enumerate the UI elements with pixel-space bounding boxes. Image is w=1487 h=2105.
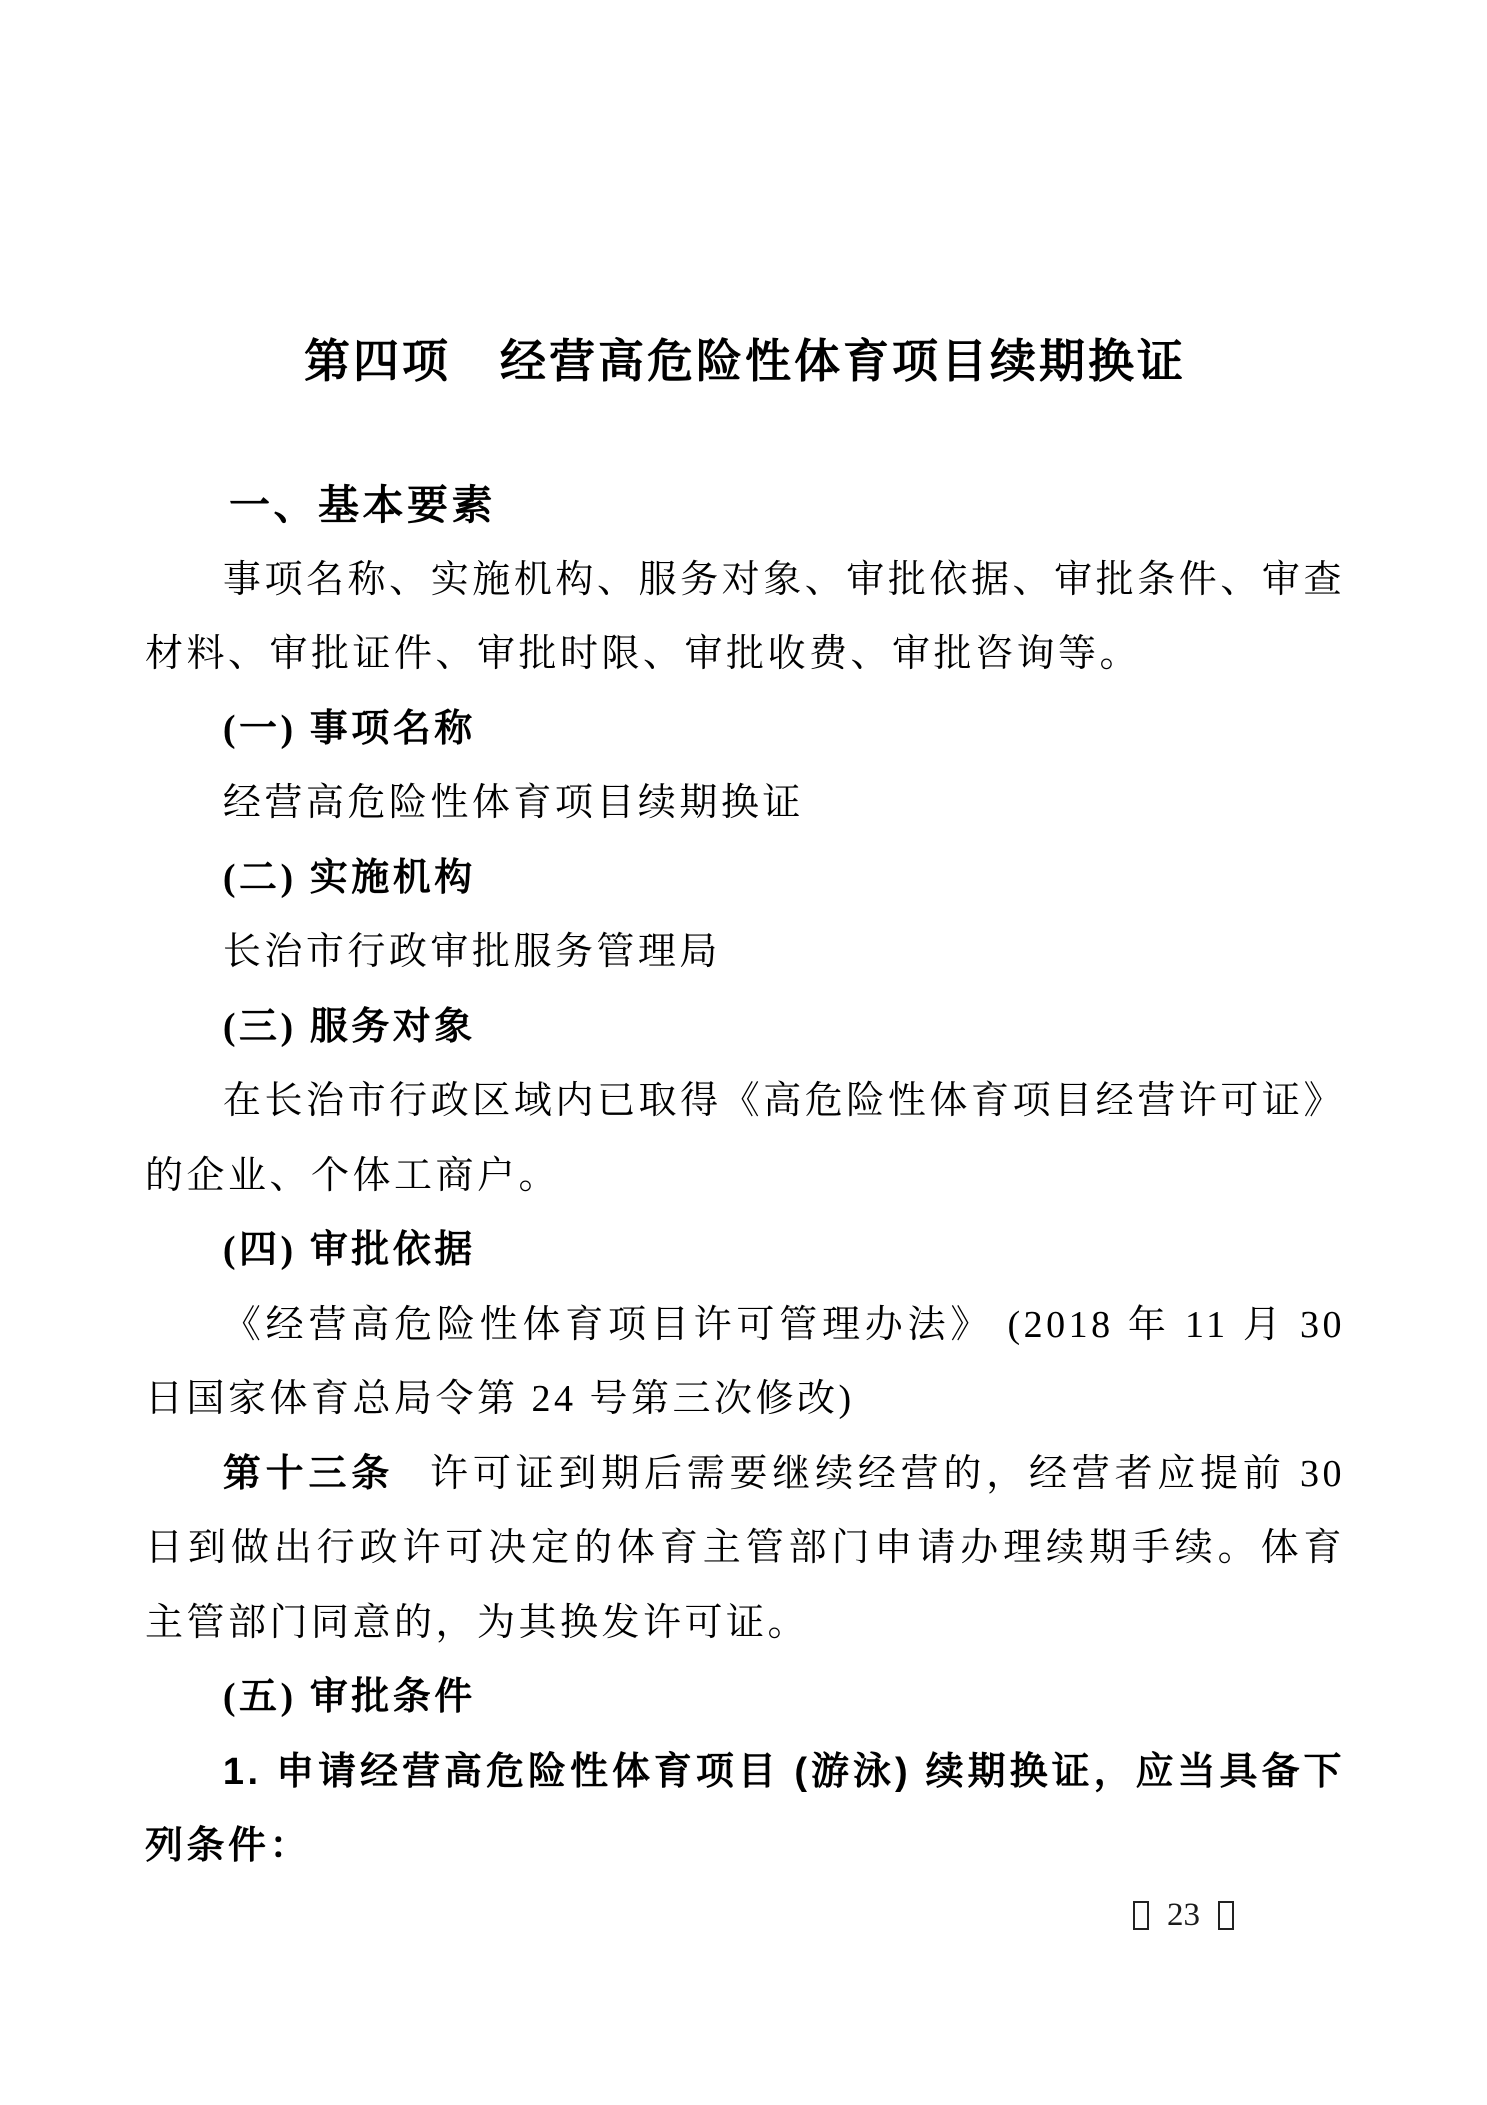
page-footer: 23 — [1133, 1899, 1234, 1932]
article-13-label: 第十三条 — [223, 1453, 394, 1495]
paragraph-article-13: 第十三条许可证到期后需要继续经营的，经营者应提前 30 日到做出行政许可决定的体… — [145, 1437, 1345, 1661]
page-number: 23 — [1167, 1899, 1200, 1932]
subsection-heading-service-target: (三) 服务对象 — [145, 990, 1345, 1065]
document-page: 第四项 经营高危险性体育项目续期换证 一、基本要素 事项名称、实施机构、服务对象… — [0, 0, 1487, 2105]
paragraph-service-target: 在长治市行政区域内已取得《高危险性体育项目经营许可证》的企业、个体工商户。 — [145, 1064, 1345, 1213]
subsection-heading-item-name: (一) 事项名称 — [145, 692, 1345, 767]
paragraph-condition-1: 1. 申请经营高危险性体育项目 (游泳) 续期换证，应当具备下列条件： — [145, 1735, 1345, 1884]
subsection-heading-approval-conditions: (五) 审批条件 — [145, 1660, 1345, 1735]
paragraph-item-name: 经营高危险性体育项目续期换证 — [145, 766, 1345, 841]
subsection-heading-implementing-agency: (二) 实施机构 — [145, 841, 1345, 916]
paragraph-elements-list: 事项名称、实施机构、服务对象、审批依据、审批条件、审查材料、审批证件、审批时限、… — [145, 543, 1345, 692]
document-body: 一、基本要素 事项名称、实施机构、服务对象、审批依据、审批条件、审查材料、审批证… — [145, 468, 1345, 1884]
subsection-heading-approval-basis: (四) 审批依据 — [145, 1213, 1345, 1288]
section-heading-basic-elements: 一、基本要素 — [145, 468, 1345, 543]
missing-glyph-box-icon — [1133, 1901, 1149, 1930]
page-title: 第四项 经营高危险性体育项目续期换证 — [145, 320, 1345, 402]
missing-glyph-box-icon — [1218, 1901, 1234, 1930]
paragraph-implementing-agency: 长治市行政审批服务管理局 — [145, 915, 1345, 990]
paragraph-approval-basis: 《经营高危险性体育项目许可管理办法》 (2018 年 11 月 30 日国家体育… — [145, 1288, 1345, 1437]
